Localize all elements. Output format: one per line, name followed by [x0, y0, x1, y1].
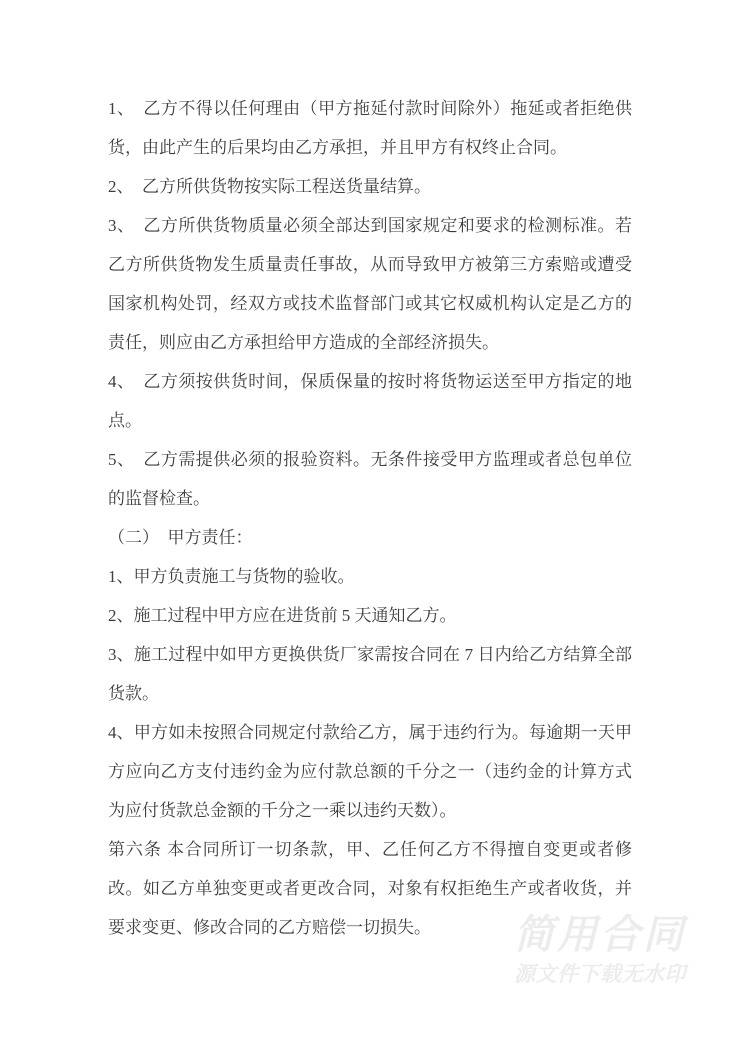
paragraph-party-a-clause-2: 2、施工过程中甲方应在进货前 5 天通知乙方。	[108, 596, 632, 635]
paragraph-party-b-clause-1: 1、 乙方不得以任何理由（甲方拖延付款时间除外）拖延或者拒绝供货，由此产生的后果…	[108, 89, 632, 167]
heading-party-a-responsibilities: （二） 甲方责任：	[108, 518, 632, 557]
paragraph-party-a-clause-4: 4、甲方如未按照合同规定付款给乙方，属于违约行为。每逾期一天甲方应向乙方支付违约…	[108, 713, 632, 830]
paragraph-article-6: 第六条 本合同所订一切条款，甲、乙任何乙方不得擅自变更或者修改。如乙方单独变更或…	[108, 830, 632, 947]
contract-document-page: 1、 乙方不得以任何理由（甲方拖延付款时间除外）拖延或者拒绝供货，由此产生的后果…	[0, 0, 742, 1049]
paragraph-party-b-clause-4: 4、 乙方须按供货时间，保质保量的按时将货物运送至甲方指定的地点。	[108, 362, 632, 440]
watermark-tagline-text: 源文件下载无水印	[505, 963, 695, 987]
paragraph-party-a-clause-1: 1、甲方负责施工与货物的验收。	[108, 557, 632, 596]
paragraph-party-b-clause-3: 3、 乙方所供货物质量必须全部达到国家规定和要求的检测标准。若乙方所供货物发生质…	[108, 206, 632, 362]
paragraph-party-a-clause-3: 3、施工过程中如甲方更换供货厂家需按合同在 7 日内给乙方结算全部货款。	[108, 635, 632, 713]
paragraph-party-b-clause-5: 5、 乙方需提供必须的报验资料。无条件接受甲方监理或者总包单位的监督检查。	[108, 440, 632, 518]
paragraph-party-b-clause-2: 2、 乙方所供货物按实际工程送货量结算。	[108, 167, 632, 206]
contract-body-text: 1、 乙方不得以任何理由（甲方拖延付款时间除外）拖延或者拒绝供货，由此产生的后果…	[108, 89, 632, 947]
